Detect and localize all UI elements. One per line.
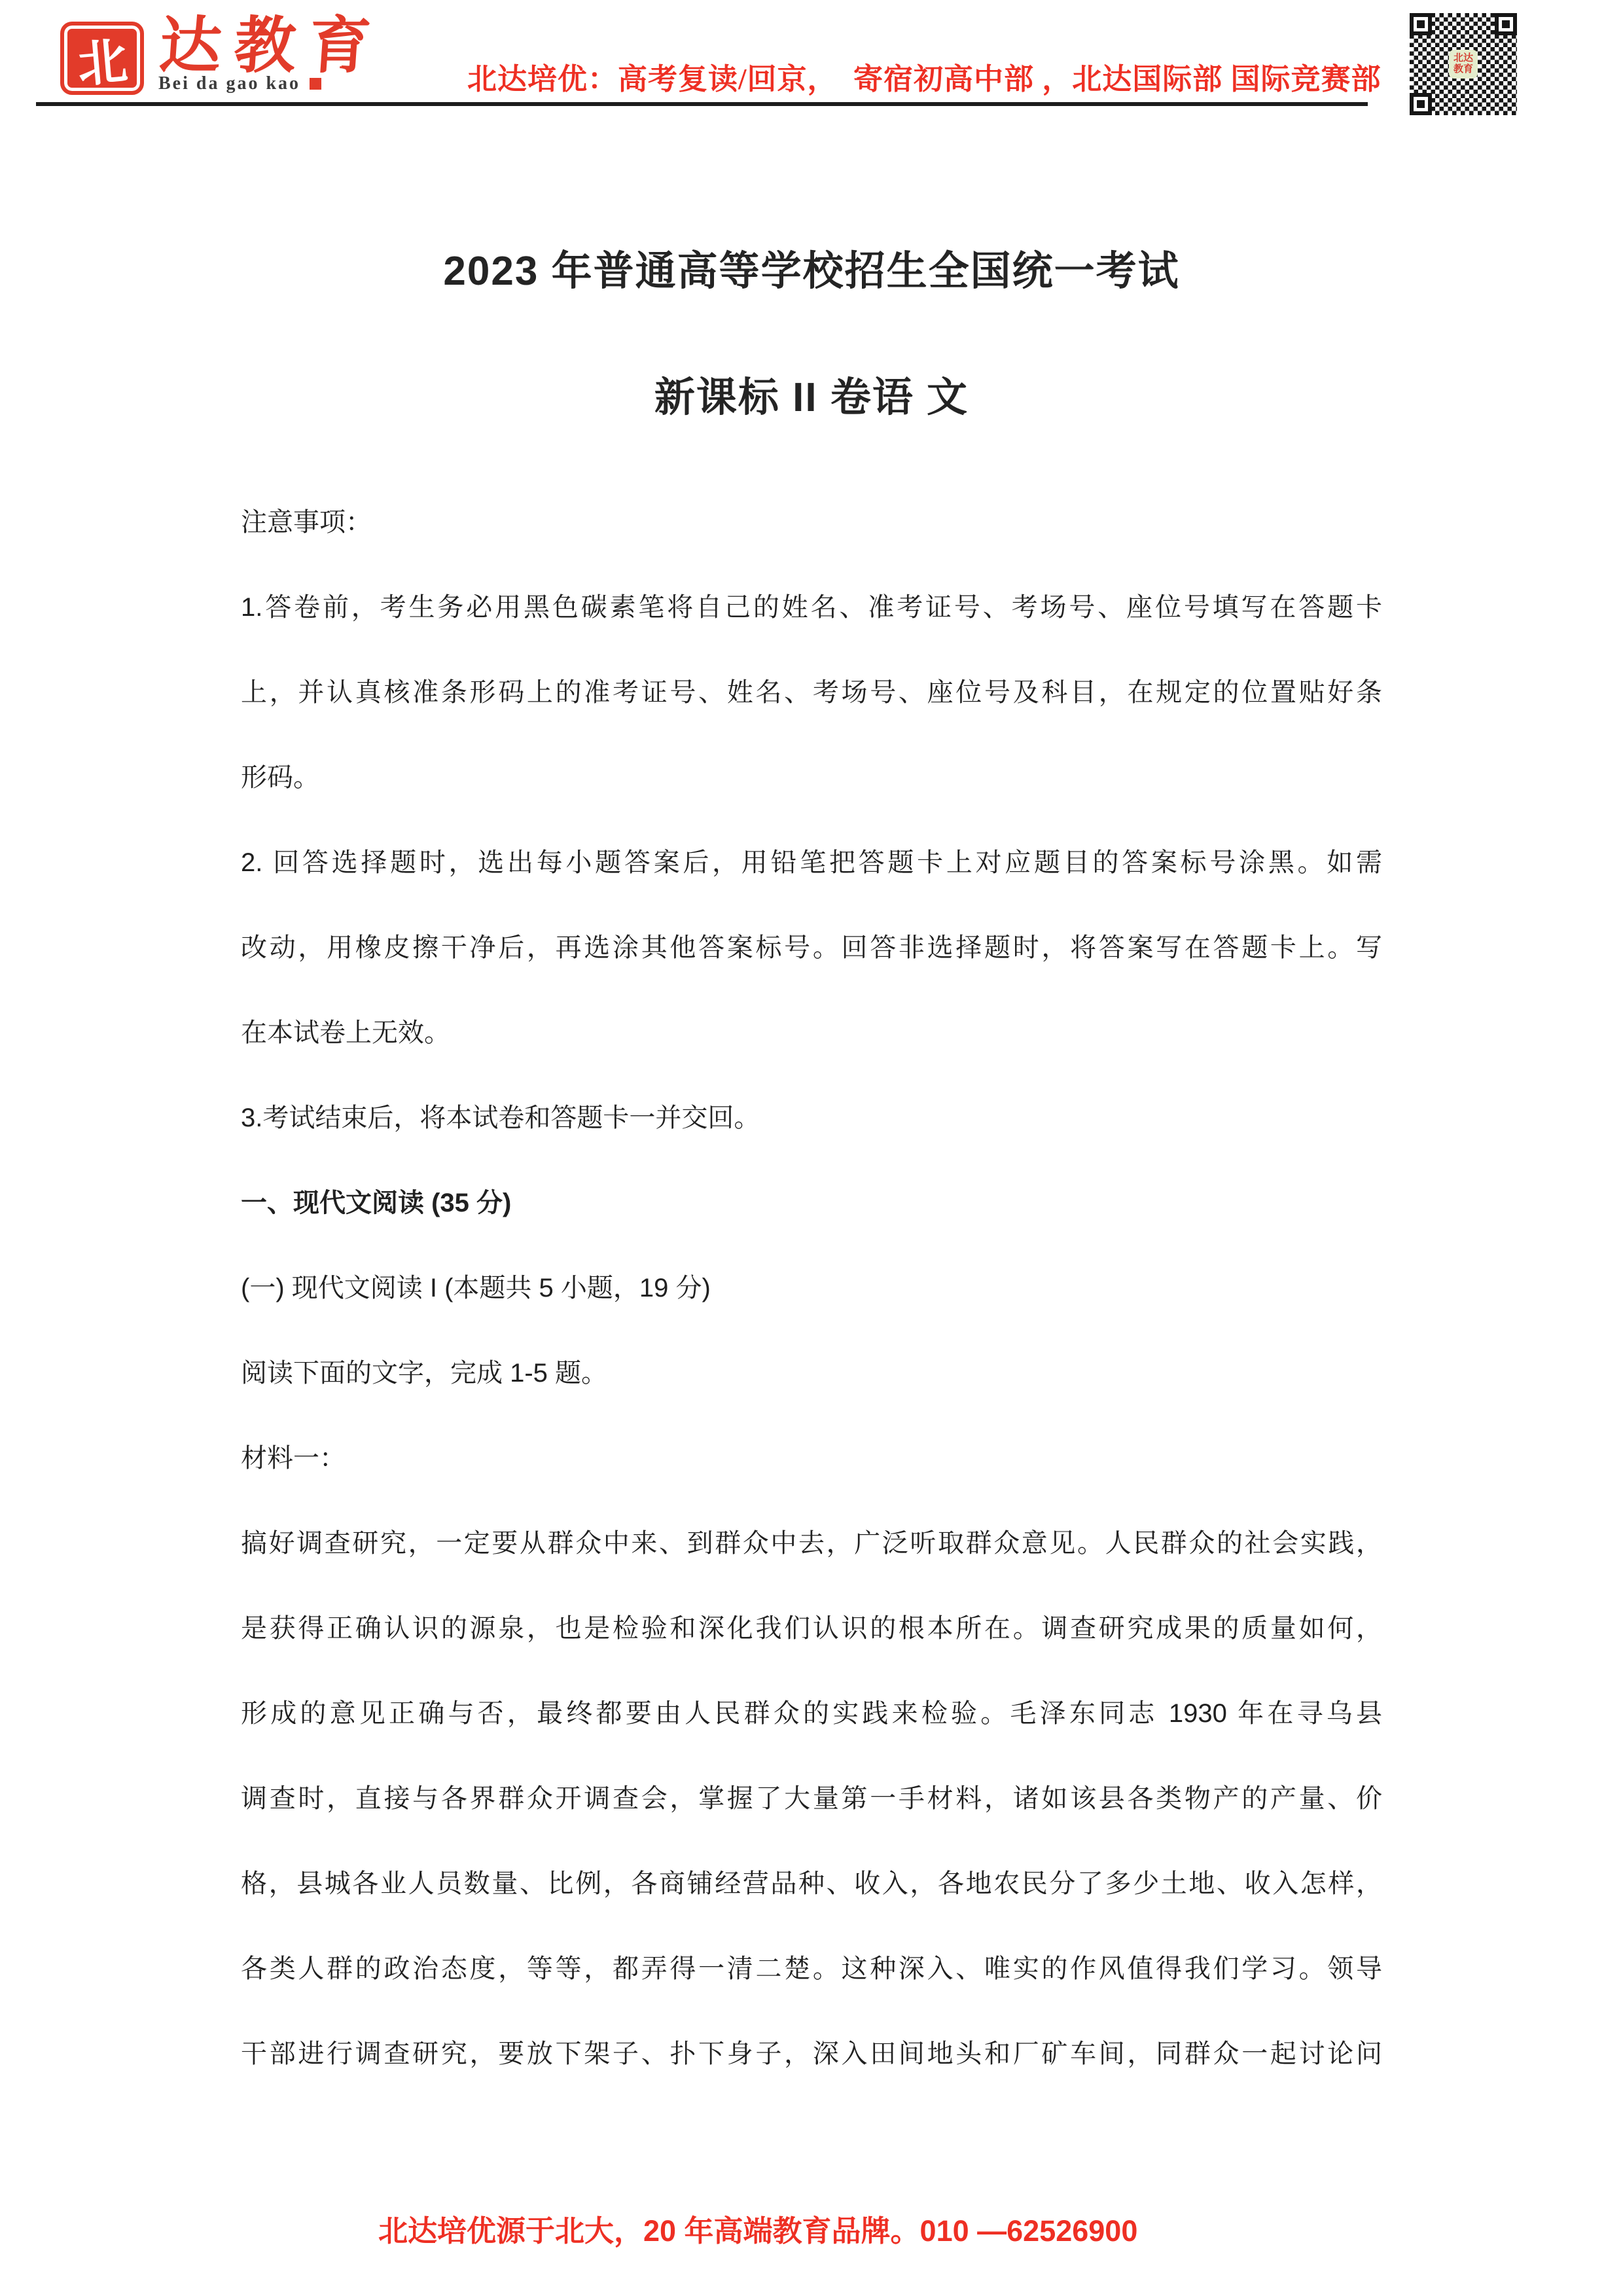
body-line: 一、现代文阅读 (35 分) (241, 1160, 1382, 1246)
footer-note: 北达培优源于北大，20 年高端教育品牌。010 —62526900 (378, 2215, 1137, 2248)
body-line: 干部进行调查研究，要放下架子、扑下身子，深入田间地头和厂矿车间，同群众一起讨论问 (241, 2011, 1382, 2096)
body-line: 2. 回答选择题时，选出每小题答案后，用铅笔把答题卡上对应题目的答案标号涂黑。如… (241, 820, 1382, 905)
body-line: 形成的意见正确与否，最终都要由人民群众的实践来检验。毛泽东同志 1930 年在寻… (241, 1671, 1382, 1756)
page-title: 2023 年普通高等学校招生全国统一考试 (0, 251, 1623, 292)
qr-code: 北达 教育 (1410, 13, 1517, 115)
body-line: 形码。 (241, 735, 1382, 820)
body-line: 调查时，直接与各界群众开调查会，掌握了大量第一手材料，诸如该县各类物产的产量、价 (241, 1756, 1382, 1841)
qr-logo-line2: 教育 (1454, 65, 1473, 75)
brand-subtext: Bei da gao kao (158, 75, 321, 93)
qr-finder-top-left (1410, 13, 1432, 35)
brand-wordmark: 达教育 (158, 16, 386, 77)
header-tagline: 北达培优：高考复读/回京， 寄宿初高中部 ，北达国际部 国际竞赛部 (467, 65, 1382, 94)
brand-seal-character: 北 (74, 20, 130, 96)
page-subtitle: 新课标 II 卷语 文 (0, 378, 1623, 418)
brand-seal: 北 (60, 22, 144, 95)
body-lines: 注意事项：1.答卷前，考生务必用黑色碳素笔将自己的姓名、准考证号、考场号、座位号… (241, 480, 1382, 2096)
body-line: 材料一： (241, 1416, 1382, 1501)
body-line: 注意事项： (241, 480, 1382, 565)
qr-center-logo: 北达 教育 (1449, 50, 1478, 79)
qr-finder-bottom-left (1410, 93, 1432, 115)
body-line: 上，并认真核准条形码上的准考证号、姓名、考场号、座位号及科目，在规定的位置贴好条 (241, 650, 1382, 735)
brand-subtext-label: Bei da gao kao (158, 75, 300, 93)
body-line: 格，县城各业人员数量、比例，各商铺经营品种、收入，各地农民分了多少土地、收入怎样… (241, 1841, 1382, 1926)
body-line: 在本试卷上无效。 (241, 990, 1382, 1075)
qr-logo-line1: 北达 (1454, 54, 1473, 63)
body-line: 阅读下面的文字，完成 1-5 题。 (241, 1331, 1382, 1416)
body-line: 各类人群的政治态度，等等，都弄得一清二楚。这种深入、唯实的作风值得我们学习。领导 (241, 1926, 1382, 2011)
body-line: 搞好调查研究，一定要从群众中来、到群众中去，广泛听取群众意见。人民群众的社会实践… (241, 1501, 1382, 1586)
body-line: 改动，用橡皮擦干净后，再选涂其他答案标号。回答非选择题时，将答案写在答题卡上。写 (241, 905, 1382, 990)
body-line: 3.考试结束后，将本试卷和答题卡一并交回。 (241, 1075, 1382, 1160)
body-line: 是获得正确认识的源泉，也是检验和深化我们认识的根本所在。调查研究成果的质量如何， (241, 1586, 1382, 1671)
header-divider (36, 102, 1368, 106)
qr-finder-top-right (1495, 13, 1517, 35)
brand-red-square-icon (310, 78, 321, 90)
body-line: (一) 现代文阅读 I (本题共 5 小题，19 分) (241, 1246, 1382, 1331)
body-line: 1.答卷前，考生务必用黑色碳素笔将自己的姓名、准考证号、考场号、座位号填写在答题… (241, 565, 1382, 650)
